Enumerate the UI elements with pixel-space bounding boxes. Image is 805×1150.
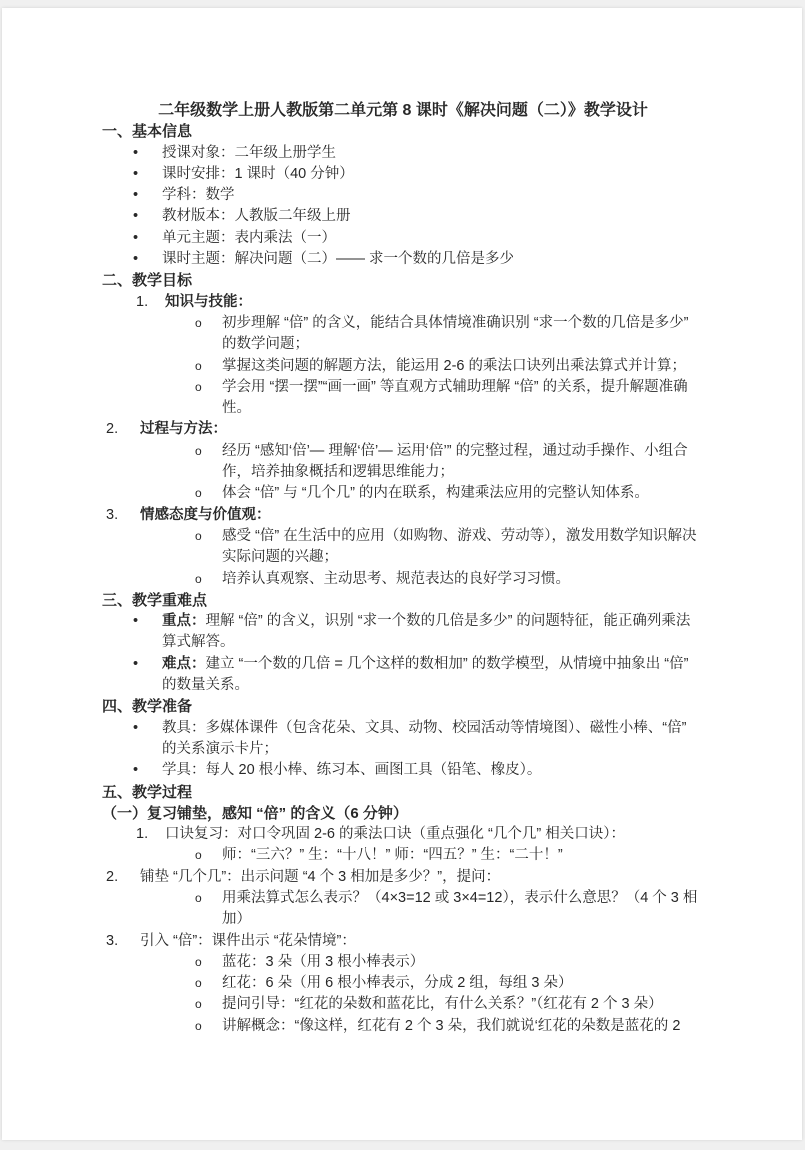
sub-item-text: 提问引导：“红花的朵数和蓝花比，有什么关系？”（红花有 2 个 3 朵） xyxy=(222,994,704,1015)
list-item-text: 授课对象：二年级上册学生 xyxy=(162,143,704,164)
list-item: • 学具：每人 20 根小棒、练习本、画图工具（铅笔、橡皮）。 xyxy=(102,760,704,781)
sub-item-text: 师：“三六？” 生：“十八！” 师：“四五？” 生：“二十！” xyxy=(222,845,704,866)
sub-list-item: o 经历 “感知‘倍’— 理解‘倍’— 运用‘倍’” 的完整过程，通过动手操作、… xyxy=(102,441,704,484)
sub-list-item: o 蓝花：3 朵（用 3 根小棒表示） xyxy=(102,952,704,973)
sub-list-item: o 师：“三六？” 生：“十八！” 师：“四五？” 生：“二十！” xyxy=(102,845,704,866)
sub-list-item: o 体会 “倍” 与 “几个几” 的内在联系，构建乘法应用的完整认知体系。 xyxy=(102,483,704,504)
bullet-icon: • xyxy=(102,611,162,632)
numbered-item: 1. 口诀复习：对口令巩固 2-6 的乘法口诀（重点强化 “几个几” 相关口诀）… xyxy=(102,824,704,845)
document-content: 二年级数学上册人教版第二单元第 8 课时《解决问题（二）》教学设计 一、基本信息… xyxy=(2,8,802,1037)
sub-item-text: 红花：6 朵（用 6 根小棒表示，分成 2 组，每组 3 朵） xyxy=(222,973,704,994)
sub-list-item: o 红花：6 朵（用 6 根小棒表示，分成 2 组，每组 3 朵） xyxy=(102,973,704,994)
item-number: 1. xyxy=(102,292,165,313)
item-label: 难点： xyxy=(162,656,206,672)
item-text: 口诀复习：对口令巩固 2-6 的乘法口诀（重点强化 “几个几” 相关口诀）： xyxy=(165,824,704,845)
circle-bullet-icon: o xyxy=(102,994,222,1015)
list-item: • 难点：建立 “一个数的几倍 = 几个这样的数相加” 的数学模型，从情境中抽象… xyxy=(102,654,704,697)
item-number: 1. xyxy=(102,824,165,845)
bullet-icon: • xyxy=(102,164,162,185)
numbered-item: 2. 铺垫 “几个几”：出示问题 “4 个 3 相加是多少？”，提问： xyxy=(102,867,704,888)
item-text: 理解 “倍” 的含义，识别 “求一个数的几倍是多少” 的问题特征，能正确列乘法算… xyxy=(162,613,690,650)
list-item: • 教材版本：人教版二年级上册 xyxy=(102,206,704,227)
list-item: • 课时安排：1 课时（40 分钟） xyxy=(102,164,704,185)
circle-bullet-icon: o xyxy=(102,526,222,547)
sub-item-text: 掌握这类问题的解题方法，能运用 2-6 的乘法口诀列出乘法算式并计算； xyxy=(222,356,704,377)
item-text: 铺垫 “几个几”：出示问题 “4 个 3 相加是多少？”，提问： xyxy=(140,867,704,888)
list-item-text: 重点：理解 “倍” 的含义，识别 “求一个数的几倍是多少” 的问题特征，能正确列… xyxy=(162,611,704,654)
document-page: 二年级数学上册人教版第二单元第 8 课时《解决问题（二）》教学设计 一、基本信息… xyxy=(2,8,802,1140)
numbered-item: 3. 引入 “倍”：课件出示 “花朵情境”： xyxy=(102,931,704,952)
numbered-item: 2. 过程与方法： xyxy=(102,419,704,440)
list-item: • 授课对象：二年级上册学生 xyxy=(102,143,704,164)
sub-list-item: o 用乘法算式怎么表示？（4×3=12 或 3×4=12），表示什么意思？（4 … xyxy=(102,888,704,931)
list-item-text: 学科：数学 xyxy=(162,185,704,206)
doc-title: 二年级数学上册人教版第二单元第 8 课时《解决问题（二）》教学设计 xyxy=(102,100,704,121)
sub-item-text: 学会用 “摆一摆”“画一画” 等直观方式辅助理解 “倍” 的关系，提升解题准确性… xyxy=(222,377,704,420)
item-text: 引入 “倍”：课件出示 “花朵情境”： xyxy=(140,931,704,952)
sub-list-item: o 讲解概念：“像这样，红花有 2 个 3 朵，我们就说‘红花的朵数是蓝花的 2 xyxy=(102,1016,704,1037)
list-item: • 单元主题：表内乘法（一） xyxy=(102,228,704,249)
circle-bullet-icon: o xyxy=(102,845,222,866)
item-label: 情感态度与价值观： xyxy=(140,505,704,526)
list-item: • 教具：多媒体课件（包含花朵、文具、动物、校园活动等情境图）、磁性小棒、“倍”… xyxy=(102,718,704,761)
numbered-item: 3. 情感态度与价值观： xyxy=(102,505,704,526)
section-heading-teaching-goals: 二、教学目标 xyxy=(102,270,704,291)
sub-item-text: 感受 “倍” 在生活中的应用（如购物、游戏、劳动等），激发用数学知识解决实际问题… xyxy=(222,526,704,569)
section-heading-key-points: 三、教学重难点 xyxy=(102,590,704,611)
item-text: 建立 “一个数的几倍 = 几个这样的数相加” 的数学模型，从情境中抽象出 “倍”… xyxy=(162,656,688,693)
list-item: • 重点：理解 “倍” 的含义，识别 “求一个数的几倍是多少” 的问题特征，能正… xyxy=(102,611,704,654)
list-item-text: 单元主题：表内乘法（一） xyxy=(162,228,704,249)
bullet-icon: • xyxy=(102,654,162,675)
bullet-icon: • xyxy=(102,185,162,206)
circle-bullet-icon: o xyxy=(102,1016,222,1037)
circle-bullet-icon: o xyxy=(102,356,222,377)
list-item-text: 难点：建立 “一个数的几倍 = 几个这样的数相加” 的数学模型，从情境中抽象出 … xyxy=(162,654,704,697)
bullet-icon: • xyxy=(102,206,162,227)
section-heading-basic-info: 一、基本信息 xyxy=(102,121,704,142)
list-item: • 学科：数学 xyxy=(102,185,704,206)
sub-list-item: o 学会用 “摆一摆”“画一画” 等直观方式辅助理解 “倍” 的关系，提升解题准… xyxy=(102,377,704,420)
item-number: 2. xyxy=(102,419,140,440)
circle-bullet-icon: o xyxy=(102,483,222,504)
list-item-text: 课时主题：解决问题（二）—— 求一个数的几倍是多少 xyxy=(162,249,704,270)
sub-item-text: 经历 “感知‘倍’— 理解‘倍’— 运用‘倍’” 的完整过程，通过动手操作、小组… xyxy=(222,441,704,484)
item-label: 重点： xyxy=(162,613,206,629)
sub-item-text: 用乘法算式怎么表示？（4×3=12 或 3×4=12），表示什么意思？（4 个 … xyxy=(222,888,704,931)
bullet-icon: • xyxy=(102,249,162,270)
item-label: 知识与技能： xyxy=(165,292,704,313)
numbered-item: 1. 知识与技能： xyxy=(102,292,704,313)
list-item-text: 教具：多媒体课件（包含花朵、文具、动物、校园活动等情境图）、磁性小棒、“倍” 的… xyxy=(162,718,704,761)
list-item-text: 学具：每人 20 根小棒、练习本、画图工具（铅笔、橡皮）。 xyxy=(162,760,704,781)
sub-item-text: 蓝花：3 朵（用 3 根小棒表示） xyxy=(222,952,704,973)
sub-item-text: 初步理解 “倍” 的含义，能结合具体情境准确识别 “求一个数的几倍是多少” 的数… xyxy=(222,313,704,356)
sub-list-item: o 感受 “倍” 在生活中的应用（如购物、游戏、劳动等），激发用数学知识解决实际… xyxy=(102,526,704,569)
bullet-icon: • xyxy=(102,760,162,781)
sub-item-text: 讲解概念：“像这样，红花有 2 个 3 朵，我们就说‘红花的朵数是蓝花的 2 xyxy=(222,1016,704,1037)
section-heading-process: 五、教学过程 xyxy=(102,782,704,803)
list-item-text: 课时安排：1 课时（40 分钟） xyxy=(162,164,704,185)
circle-bullet-icon: o xyxy=(102,377,222,398)
sub-item-text: 培养认真观察、主动思考、规范表达的良好学习习惯。 xyxy=(222,569,704,590)
sub-list-item: o 提问引导：“红花的朵数和蓝花比，有什么关系？”（红花有 2 个 3 朵） xyxy=(102,994,704,1015)
list-item: • 课时主题：解决问题（二）—— 求一个数的几倍是多少 xyxy=(102,249,704,270)
sub-item-text: 体会 “倍” 与 “几个几” 的内在联系，构建乘法应用的完整认知体系。 xyxy=(222,483,704,504)
item-number: 2. xyxy=(102,867,140,888)
subsection-heading-review: （一）复习铺垫，感知 “倍” 的含义（6 分钟） xyxy=(102,803,704,824)
list-item-text: 教材版本：人教版二年级上册 xyxy=(162,206,704,227)
bullet-icon: • xyxy=(102,228,162,249)
circle-bullet-icon: o xyxy=(102,888,222,909)
sub-list-item: o 掌握这类问题的解题方法，能运用 2-6 的乘法口诀列出乘法算式并计算； xyxy=(102,356,704,377)
circle-bullet-icon: o xyxy=(102,313,222,334)
item-number: 3. xyxy=(102,931,140,952)
bullet-icon: • xyxy=(102,718,162,739)
section-heading-preparation: 四、教学准备 xyxy=(102,696,704,717)
item-label: 过程与方法： xyxy=(140,419,704,440)
circle-bullet-icon: o xyxy=(102,952,222,973)
sub-list-item: o 培养认真观察、主动思考、规范表达的良好学习习惯。 xyxy=(102,569,704,590)
circle-bullet-icon: o xyxy=(102,973,222,994)
bullet-icon: • xyxy=(102,143,162,164)
circle-bullet-icon: o xyxy=(102,441,222,462)
circle-bullet-icon: o xyxy=(102,569,222,590)
sub-list-item: o 初步理解 “倍” 的含义，能结合具体情境准确识别 “求一个数的几倍是多少” … xyxy=(102,313,704,356)
item-number: 3. xyxy=(102,505,140,526)
